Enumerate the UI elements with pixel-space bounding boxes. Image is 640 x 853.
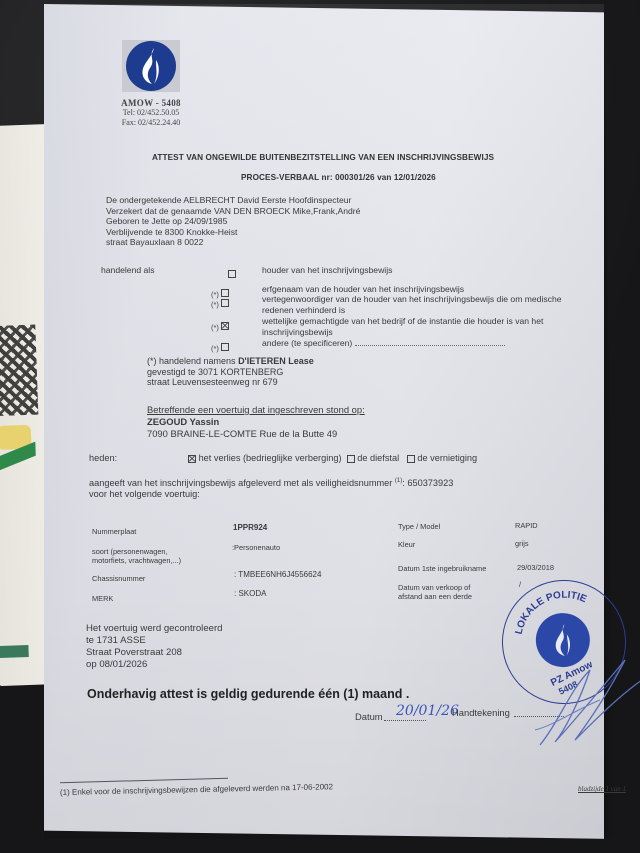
checkbox-legal-agent[interactable]: (*) [211, 317, 229, 335]
on-behalf-block: (*) handelend namens D'IETEREN Lease gev… [147, 356, 314, 388]
registered-owner-block: Betreffende een voertuig dat ingeschreve… [147, 404, 365, 440]
handwritten-date: 20/01/26 [396, 703, 459, 719]
footnote: (1) Enkel voor de inschrijvingsbewijzen … [60, 782, 333, 797]
vehicle-type-value: :Personenauto [232, 543, 280, 552]
signature-scribble [530, 650, 640, 750]
footnote-divider [60, 778, 228, 783]
checkbox-destruction[interactable]: de vernietiging [407, 453, 477, 463]
incident-type-options: het verlies (bedrieglijke verberging) de… [188, 453, 477, 464]
control-block: Het voertuig werd gecontroleerd te 1731 … [86, 623, 223, 671]
chassis-label: Chassisnummer [92, 574, 145, 583]
plate-value: 1PPR924 [233, 523, 267, 532]
police-logo [122, 40, 180, 92]
document-title: ATTEST VAN ONGEWILDE BUITENBEZITSTELLING… [152, 153, 494, 162]
model-label: Type / Model [398, 522, 440, 531]
brand-value: : SKODA [234, 589, 266, 598]
checkbox-other[interactable]: (*) [211, 338, 229, 356]
first-use-label: Datum 1ste ingebruikname [398, 564, 486, 573]
signature-label: Handtekening [452, 708, 510, 719]
declaration-block: aangeeft van het inschrijvingsbewijs afg… [89, 476, 453, 500]
acting-as-label: handelend als [101, 265, 155, 276]
vehicle-type-label: soort (personenwagen, motorfiets, vracht… [92, 547, 181, 565]
page-number: bladzijde 1 van 1 [578, 785, 626, 794]
checkbox-representative[interactable]: (*) [211, 294, 229, 312]
color-value: grijs [515, 539, 529, 548]
org-contact: AMOW - 5408 Tel: 02/452.50.05 Fax: 02/45… [118, 98, 184, 128]
today-label: heden: [89, 453, 117, 464]
document-content: AMOW - 5408 Tel: 02/452.50.05 Fax: 02/45… [0, 0, 640, 853]
pv-number: PROCES-VERBAAL nr: 000301/26 van 12/01/2… [241, 173, 436, 182]
flame-icon [126, 41, 176, 91]
model-value: RAPID [515, 521, 538, 530]
validity-statement: Onderhavig attest is geldig gedurende éé… [87, 687, 409, 701]
chassis-value: : TMBEE6NH6J4556624 [234, 570, 321, 579]
specify-field[interactable] [355, 338, 505, 346]
first-use-value: 29/03/2018 [517, 563, 554, 572]
checkbox-theft[interactable]: de diefstal [347, 453, 399, 463]
sale-date-label: Datum van verkoop of afstand aan een der… [398, 583, 472, 601]
plate-label: Nummerplaat [92, 527, 136, 536]
checkbox-holder[interactable] [228, 265, 236, 283]
date-label: Datum [355, 712, 383, 723]
declarant-block: De ondergetekende AELBRECHT David Eerste… [106, 195, 360, 248]
color-label: Kleur [398, 540, 415, 549]
checkbox-loss[interactable]: het verlies (bedrieglijke verberging) [188, 453, 342, 463]
brand-label: MERK [92, 594, 113, 603]
